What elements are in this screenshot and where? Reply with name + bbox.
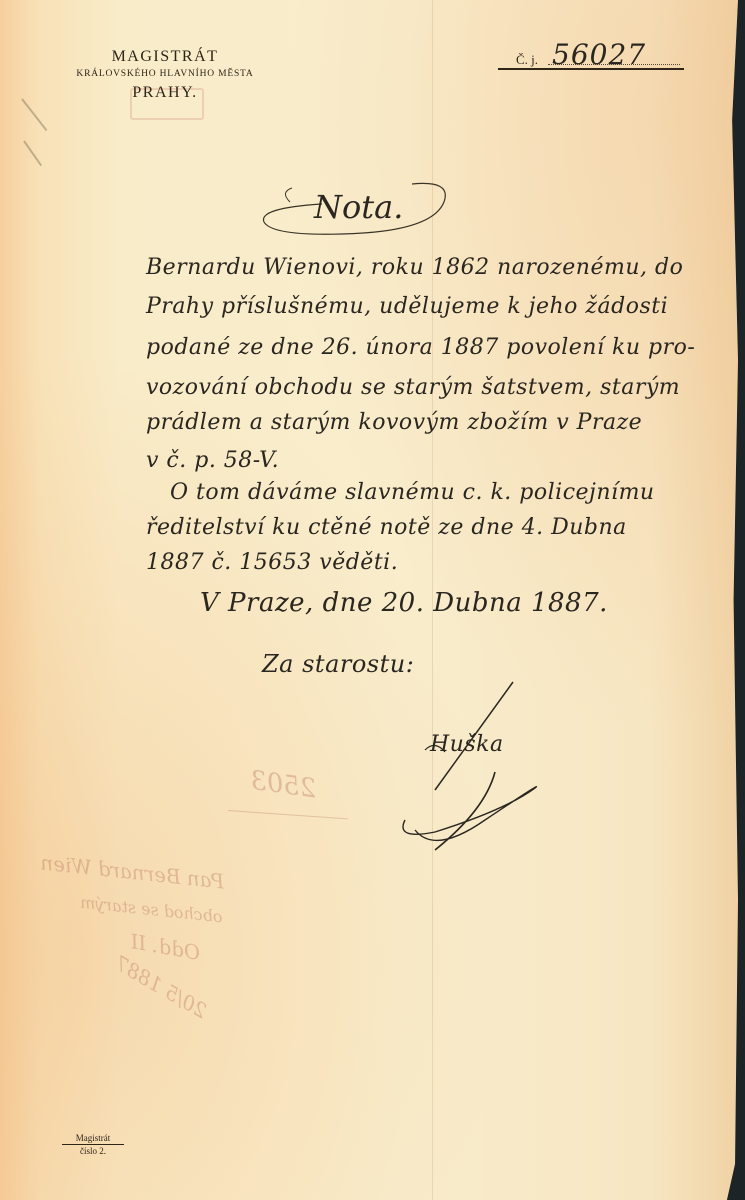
signature-flourish-icon xyxy=(395,680,555,860)
margin-mark xyxy=(23,140,42,166)
body-line: vozování obchodu se starým šatstvem, sta… xyxy=(146,375,680,400)
bleed-through-line-2: obchod se starým xyxy=(79,893,223,927)
date-line: V Praze, dne 20. Dubna 1887. xyxy=(200,588,608,618)
footer-line-1: Magistrát xyxy=(62,1133,124,1145)
letterhead-line-3: PRAHY. xyxy=(60,84,270,102)
bleed-through-line-1: Pan Bernard Wien xyxy=(39,850,225,893)
form-footer: Magistrát číslo 2. xyxy=(62,1133,124,1156)
bleed-through-number: 2503 xyxy=(248,766,318,805)
body-line: podané ze dne 26. února 1887 povolení ku… xyxy=(146,335,695,360)
footer-line-2: číslo 2. xyxy=(62,1145,124,1156)
letterhead-line-1: MAGISTRÁT xyxy=(60,48,270,66)
body-line: prádlem a starým kovovým zbožím v Praze xyxy=(146,410,642,435)
reference-number-field: Č. j. 56027 xyxy=(498,44,684,70)
bleed-through-line xyxy=(228,810,348,819)
document-page: MAGISTRÁT KRÁLOVSKÉHO HLAVNÍHO MĚSTA PRA… xyxy=(0,0,738,1200)
reference-label: Č. j. xyxy=(516,52,538,68)
letterhead-line-2: KRÁLOVSKÉHO HLAVNÍHO MĚSTA xyxy=(60,69,270,79)
body-line: Bernardu Wienovi, roku 1862 narozenému, … xyxy=(146,255,683,280)
signature-text: Huška xyxy=(430,732,504,757)
bleed-through-line-3: Odd. II xyxy=(128,929,202,965)
body-line: ředitelství ku ctěné notě ze dne 4. Dubn… xyxy=(146,515,627,540)
body-line: v č. p. 58-V. xyxy=(146,448,279,473)
reference-number: 56027 xyxy=(552,38,646,71)
document-title: Nota. xyxy=(262,180,462,240)
margin-mark xyxy=(21,98,47,131)
closing-line: Za starostu: xyxy=(262,650,414,678)
body-line: O tom dáváme slavnému c. k. policejnímu xyxy=(170,480,655,505)
body-line: 1887 č. 15653 věděti. xyxy=(146,550,398,575)
title-text: Nota. xyxy=(314,188,403,226)
body-line: Prahy příslušnému, udělujeme k jeho žádo… xyxy=(146,294,668,319)
signature: Huška xyxy=(395,680,555,865)
letterhead: MAGISTRÁT KRÁLOVSKÉHO HLAVNÍHO MĚSTA PRA… xyxy=(60,48,270,102)
